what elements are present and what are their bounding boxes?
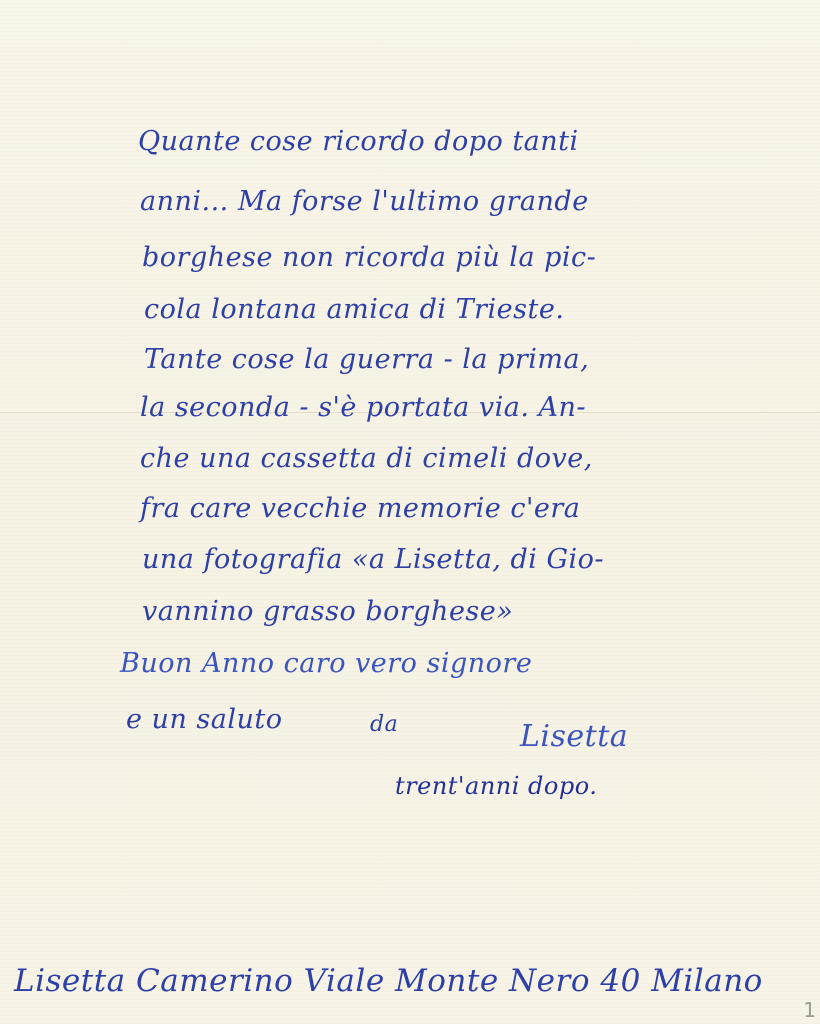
- letter-line-10: vannino grasso borghese»: [142, 598, 513, 625]
- letter-line-5: Tante cose la guerra - la prima,: [144, 346, 589, 373]
- letter-line-2: anni... Ma forse l'ultimo grande: [140, 188, 589, 215]
- letter-line-1: Quante cose ricordo dopo tanti: [138, 128, 579, 155]
- letter-line-4: cola lontana amica di Trieste.: [144, 296, 564, 323]
- letter-line-8: fra care vecchie memorie c'era: [140, 495, 580, 522]
- letter-line-3: borghese non ricorda più la pic-: [142, 244, 596, 271]
- letter-line-6: la seconda - s'è portata via. An-: [140, 394, 586, 421]
- closing-from-word: da: [370, 714, 398, 736]
- signature: Lisetta: [520, 722, 628, 752]
- letter-line-9: una fotografia «a Lisetta, di Gio-: [142, 546, 604, 573]
- letter-line-11: Buon Anno caro vero signore: [120, 650, 532, 677]
- page-number: 1: [803, 1000, 816, 1020]
- letter-line-12: e un saluto: [126, 706, 283, 733]
- address-line: Lisetta Camerino Viale Monte Nero 40 Mil…: [14, 966, 763, 997]
- letter-line-7: che una cassetta di cimeli dove,: [140, 445, 593, 472]
- postscript: trent'anni dopo.: [395, 774, 597, 798]
